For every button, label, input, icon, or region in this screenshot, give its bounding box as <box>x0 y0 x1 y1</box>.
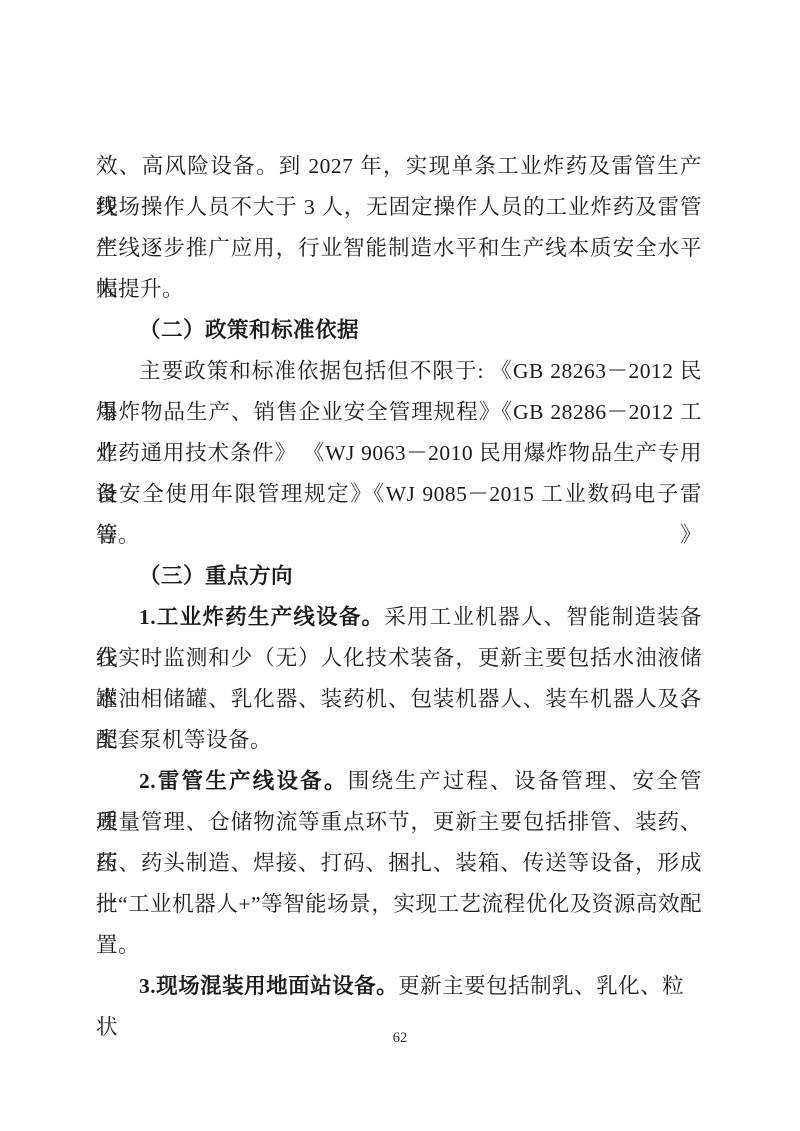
text-line: （二）政策和标准依据 <box>96 310 702 351</box>
text-line: 置。 <box>96 925 702 966</box>
bold-text: （三）重点方向 <box>139 564 293 588</box>
text-line: 2.雷管生产线设备。围绕生产过程、设备管理、安全管理、 <box>96 761 702 802</box>
bold-text: 2.雷管生产线设备。 <box>139 769 348 793</box>
document-page: 效、高风险设备。到 2027 年，实现单条工业炸药及雷管生产线现场操作人员不大于… <box>0 0 800 1131</box>
body-text: 置。 <box>96 933 140 957</box>
text-line: 批“工业机器人+”等智能场景，实现工艺流程优化及资源高效配 <box>96 884 702 925</box>
bold-text: （二）政策和标准依据 <box>139 318 359 342</box>
body-text: 配套泵机等设备。 <box>96 728 272 752</box>
body-text: 批“工业机器人+”等智能场景，实现工艺流程优化及资源高效配 <box>96 892 702 916</box>
text-line: 现场操作人员不大于 3 人，无固定操作人员的工业炸药及雷管生 <box>96 187 702 228</box>
paragraph: 主要政策和标准依据包括但不限于: 《GB 28263－2012 民用爆炸物品生产… <box>96 351 702 556</box>
text-line: 主要政策和标准依据包括但不限于: 《GB 28263－2012 民用 <box>96 351 702 392</box>
text-line: 效、高风险设备。到 2027 年，实现单条工业炸药及雷管生产线 <box>96 146 702 187</box>
text-line: 线实时监测和少（无）人化技术装备，更新主要包括水油液储罐、 <box>96 638 702 679</box>
document-body: 效、高风险设备。到 2027 年，实现单条工业炸药及雷管生产线现场操作人员不大于… <box>96 146 702 1007</box>
text-line: 3.现场混装用地面站设备。更新主要包括制乳、乳化、粒状 <box>96 966 702 1007</box>
text-line: 备安全使用年限管理规定》《WJ 9085－2015 工业数码电子雷管》 <box>96 474 702 515</box>
section-heading: （三）重点方向 <box>96 556 702 597</box>
text-line: 1.工业炸药生产线设备。采用工业机器人、智能制造装备在 <box>96 597 702 638</box>
text-line: 爆炸物品生产、销售企业安全管理规程》《GB 28286－2012 工业 <box>96 392 702 433</box>
section-heading: （二）政策和标准依据 <box>96 310 702 351</box>
text-line: 配套泵机等设备。 <box>96 720 702 761</box>
body-text: 备安全使用年限管理规定》《WJ 9085－2015 工业数码电子雷管》 <box>96 482 702 547</box>
page-number: 62 <box>0 1030 800 1047</box>
body-text: 等。 <box>96 523 140 547</box>
bold-text: 1.工业炸药生产线设备。 <box>139 605 384 629</box>
text-line: （三）重点方向 <box>96 556 702 597</box>
paragraph: 3.现场混装用地面站设备。更新主要包括制乳、乳化、粒状 <box>96 966 702 1007</box>
bold-text: 3.现场混装用地面站设备。 <box>139 974 398 998</box>
text-line: 水油相储罐、乳化器、装药机、包装机器人、装车机器人及各类 <box>96 679 702 720</box>
text-line: 幅提升。 <box>96 269 702 310</box>
body-text: 幅提升。 <box>96 277 184 301</box>
text-line: 质量管理、仓储物流等重点环节，更新主要包括排管、装药、压 <box>96 802 702 843</box>
text-line: 炸药通用技术条件》 《WJ 9063－2010 民用爆炸物品生产专用设 <box>96 433 702 474</box>
paragraph: 效、高风险设备。到 2027 年，实现单条工业炸药及雷管生产线现场操作人员不大于… <box>96 146 702 310</box>
paragraph: 2.雷管生产线设备。围绕生产过程、设备管理、安全管理、质量管理、仓储物流等重点环… <box>96 761 702 966</box>
text-line: 产线逐步推广应用，行业智能制造水平和生产线本质安全水平大 <box>96 228 702 269</box>
text-line: 药、药头制造、焊接、打码、捆扎、装箱、传送等设备，形成一 <box>96 843 702 884</box>
paragraph: 1.工业炸药生产线设备。采用工业机器人、智能制造装备在线实时监测和少（无）人化技… <box>96 597 702 761</box>
